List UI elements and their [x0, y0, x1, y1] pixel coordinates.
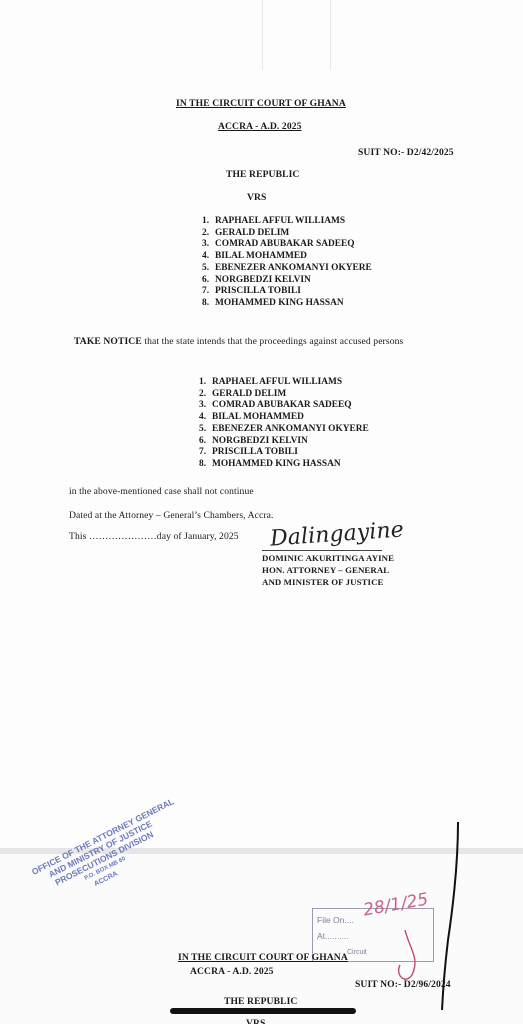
versus-label-page2: VRS — [246, 1018, 266, 1024]
home-indicator[interactable] — [170, 1008, 356, 1014]
party-name-page2: THE REPUBLIC — [224, 996, 297, 1007]
handwritten-marks — [0, 0, 523, 1024]
court-title-page2: IN THE CIRCUIT COURT OF GHANA — [178, 952, 348, 963]
suit-number-page2: SUIT NO:- D2/96/2024 — [355, 979, 451, 990]
location-year-page2: ACCRA - A.D. 2025 — [190, 966, 274, 977]
